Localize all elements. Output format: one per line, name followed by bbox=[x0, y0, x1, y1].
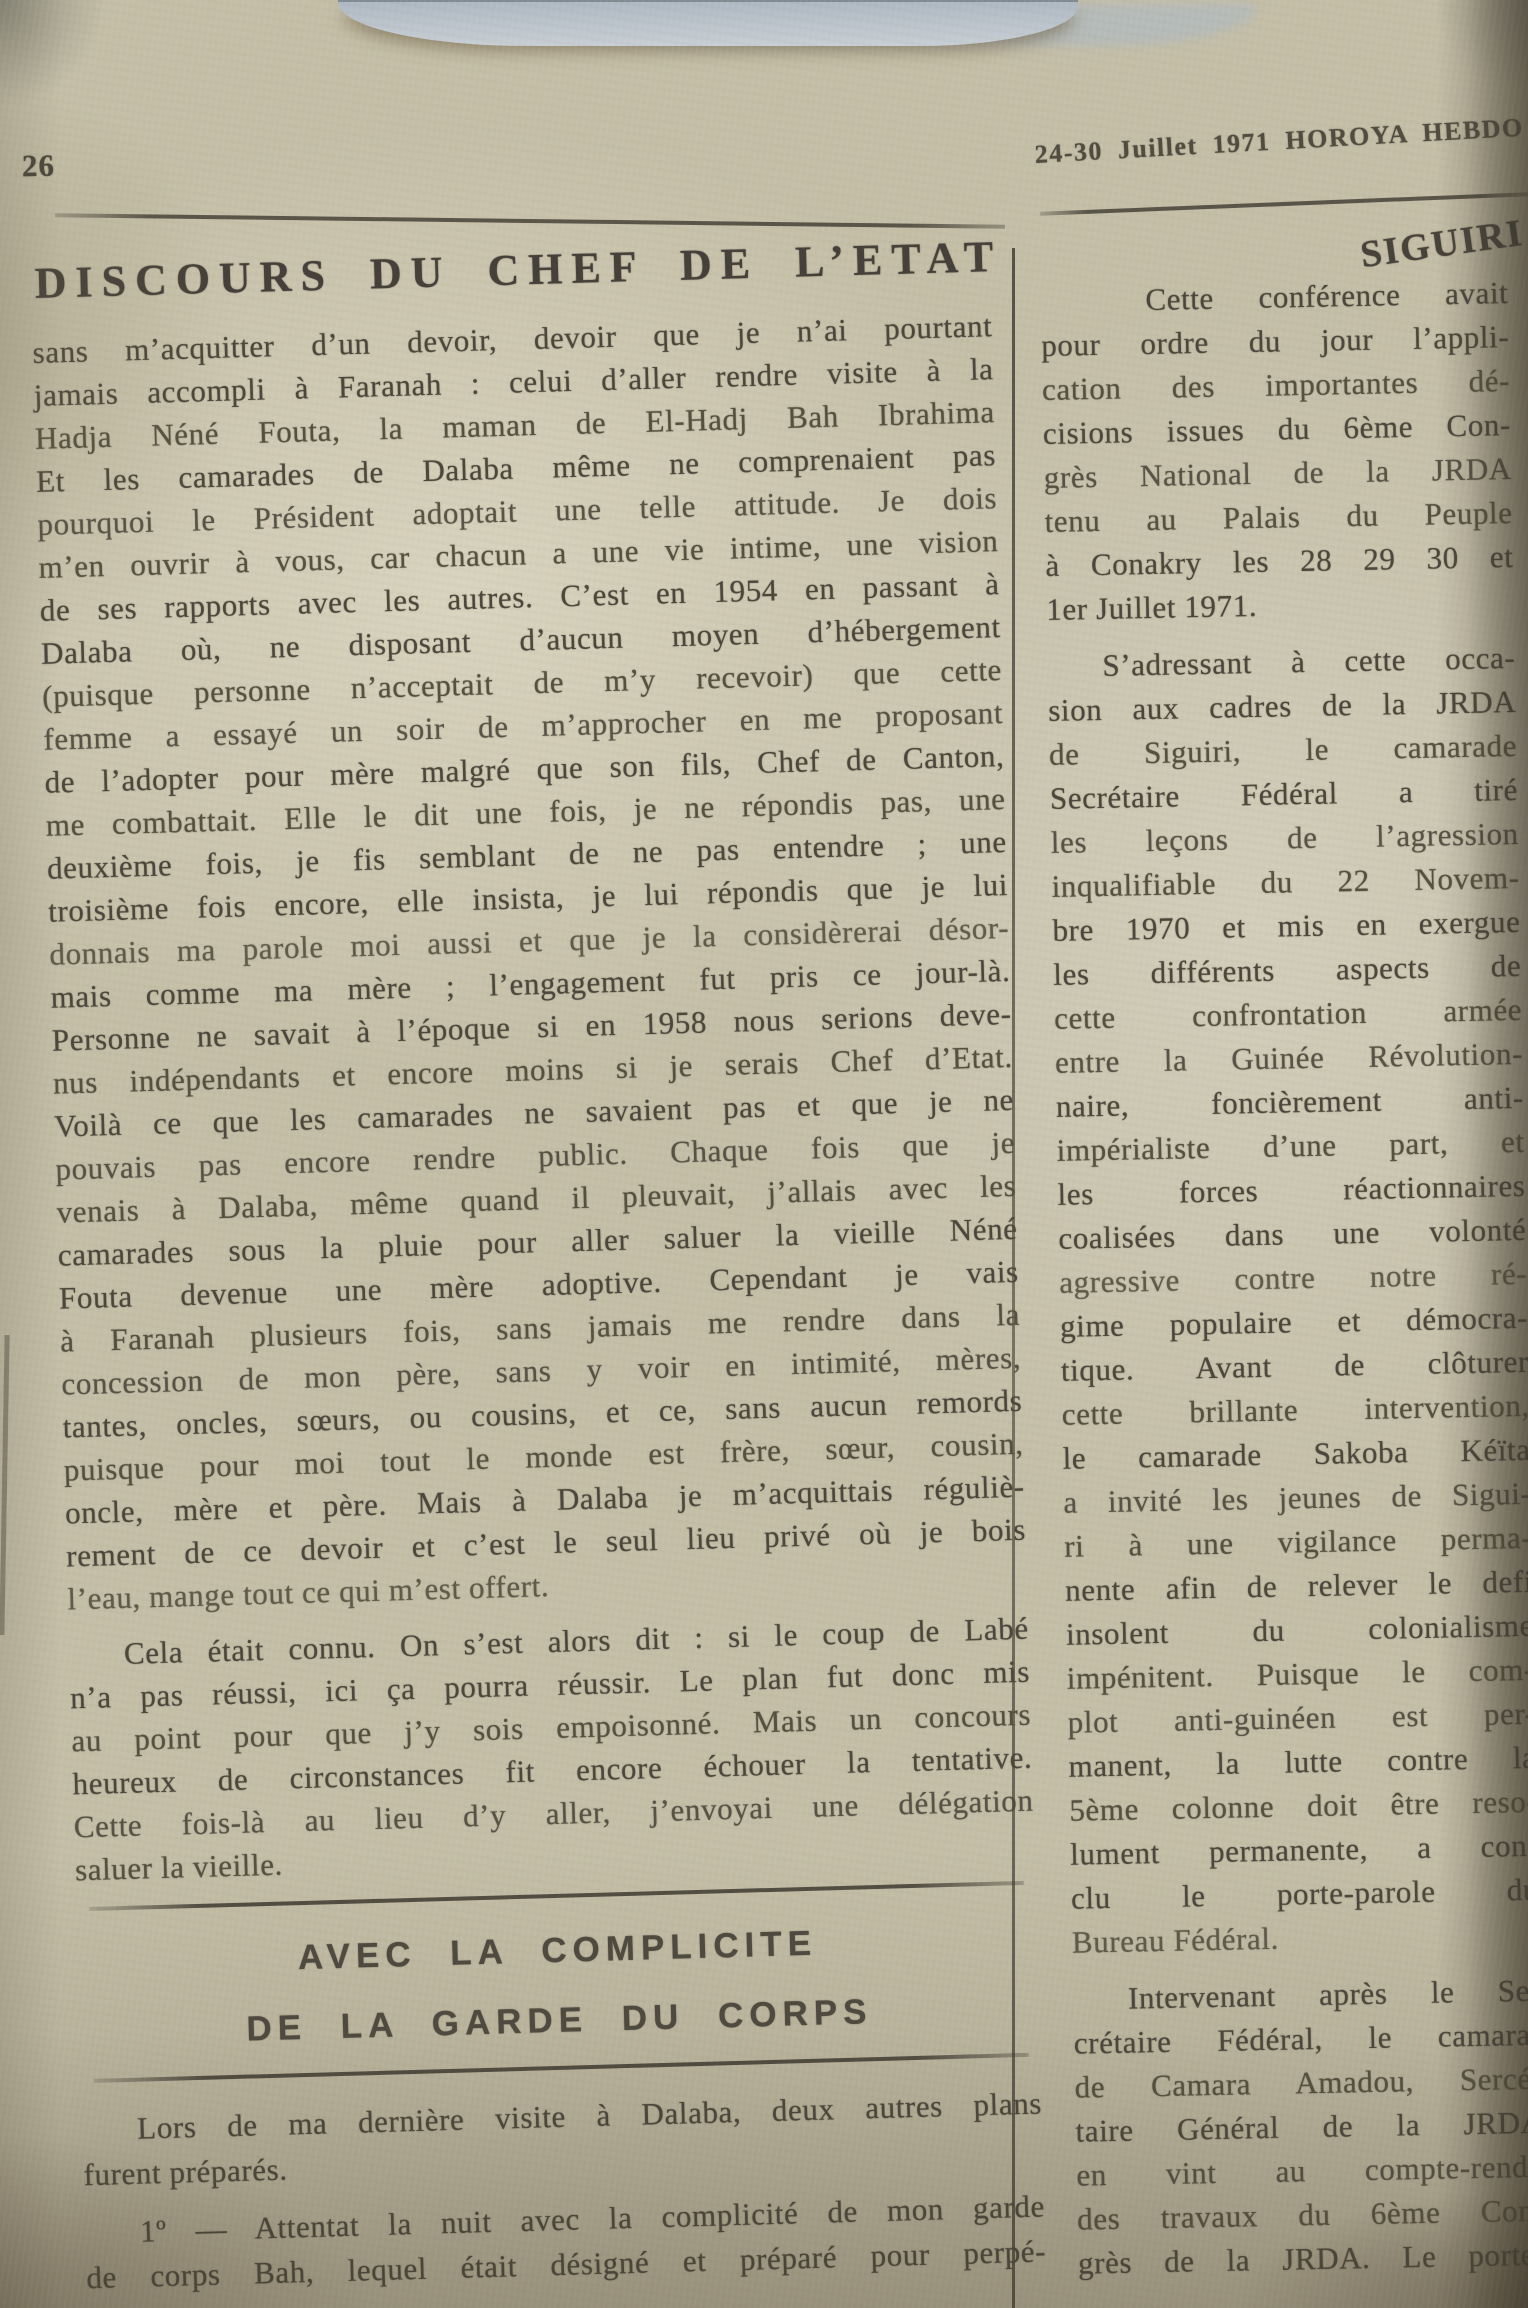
scan-backdrop bbox=[338, 0, 1078, 46]
right-column-headline: SIGUIRI bbox=[1358, 211, 1526, 277]
paragraph: Cette conférence avaitpour ordre du jour… bbox=[1040, 271, 1515, 632]
page-edge-mark bbox=[0, 1335, 10, 1635]
paragraph: Intervenant après le Se-crétaire Fédéral… bbox=[1073, 1969, 1528, 2286]
text-line: 1er Juillet 1971. bbox=[1046, 579, 1515, 632]
text-line: Bureau Fédéral. bbox=[1072, 1912, 1528, 1965]
left-column-body: sans m’acquitter d’un devoir, devoir que… bbox=[32, 304, 1035, 1891]
right-column-body: Cette conférence avaitpour ordre du jour… bbox=[1040, 271, 1528, 2286]
text-line: grès National de la JRDA bbox=[1043, 447, 1512, 500]
text-line: en vint au compte-rendu bbox=[1076, 2145, 1528, 2198]
newspaper-page: 26 24-30 Juillet 1971 HOROYA HEBDO DISCO… bbox=[0, 0, 1528, 2308]
text-line: agressive contre notre ré- bbox=[1059, 1252, 1528, 1305]
masthead: 24-30 Juillet 1971 HOROYA HEBDO bbox=[1034, 113, 1524, 170]
section-subheading: AVEC LA COMPLICITE DE LA GARDE DU CORPS bbox=[77, 1903, 1041, 2070]
text-line: plot anti-guinéen est per- bbox=[1067, 1692, 1528, 1745]
right-column: Cette conférence avaitpour ordre du jour… bbox=[1040, 271, 1528, 2286]
paragraph: S’adressant à cette occa-sion aux cadres… bbox=[1047, 636, 1528, 1965]
left-column-lower: Lors de ma dernière visite à Dalaba, deu… bbox=[82, 2080, 1047, 2300]
text-line: grès de la JRDA. Le porte- bbox=[1078, 2233, 1528, 2286]
text-line: à Conakry les 28 29 30 et bbox=[1045, 535, 1514, 588]
left-column: DISCOURS DU CHEF DE L’ETAT sans m’acquit… bbox=[30, 231, 1047, 2300]
text-line: a invité les jeunes de Sigui- bbox=[1063, 1472, 1528, 1525]
article-headline: DISCOURS DU CHEF DE L’ETAT bbox=[34, 231, 991, 309]
paragraph: Lors de ma dernière visite à Dalaba, deu… bbox=[82, 2080, 1044, 2197]
paragraph: Cela était connu. On s’est alors dit : s… bbox=[68, 1607, 1035, 1892]
paragraph: sans m’acquitter d’un devoir, devoir que… bbox=[32, 304, 1028, 1620]
text-line: entre la Guinée Révolution- bbox=[1055, 1032, 1524, 1085]
text-line: les leçons de l’agression bbox=[1050, 812, 1519, 865]
header-rule-left bbox=[55, 213, 1005, 229]
header-rule-right bbox=[1040, 192, 1528, 216]
page-number: 26 bbox=[22, 148, 56, 185]
paragraph: 1º — Attentat la nuit avec la complicité… bbox=[85, 2183, 1047, 2300]
